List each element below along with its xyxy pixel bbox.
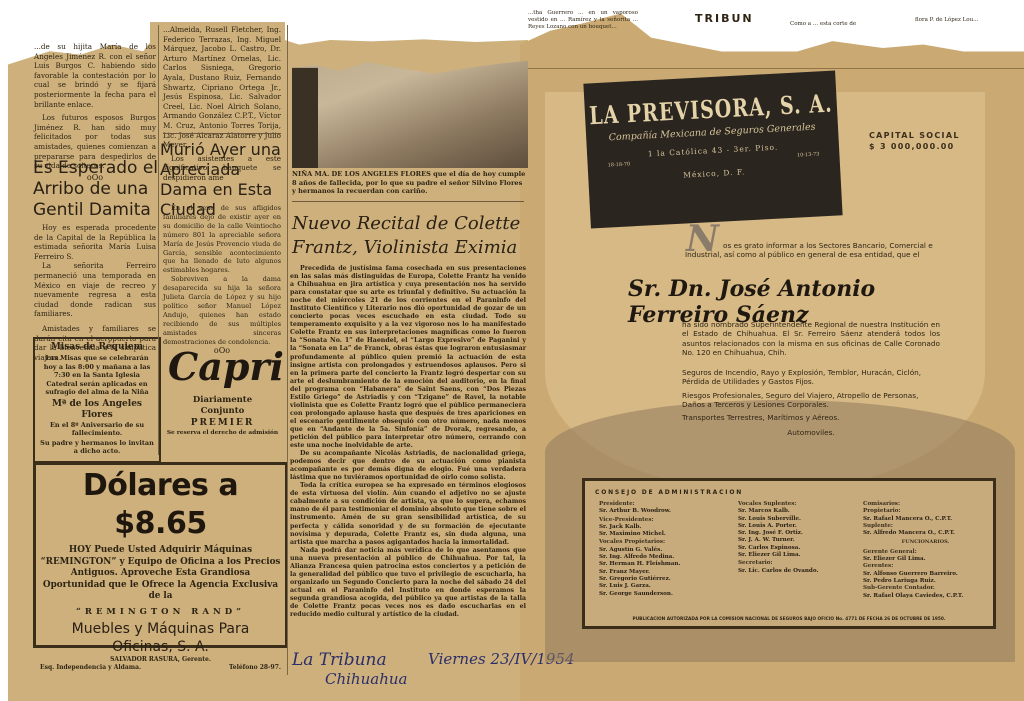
rule <box>163 133 281 134</box>
board-member: Sr. Rafael Olaya Caviedes, C.P.T. <box>863 593 988 600</box>
handwriting-paper: La Tribuna <box>292 650 387 670</box>
board-member: Sr. Ing. Alfredo Medina. <box>599 554 719 561</box>
misas-box: Misas de Réquiem Las Misas que se celebr… <box>33 337 161 463</box>
recital-para-2: De su acompañante Nicolás Astriadis, de … <box>290 450 526 482</box>
board-member: Sr. Agustín G. Valés. <box>599 547 719 554</box>
board-member: Sr. J. A. W. Turner. <box>738 537 858 544</box>
services-list: Seguros de Incendio, Rayo y Explosión, T… <box>682 368 940 438</box>
murio-para-2: Sobreviven a la dama desaparecida su hij… <box>163 275 281 346</box>
board-column-3: Comisarios:Propietario:Sr. Rafael Mancer… <box>863 501 988 600</box>
phone-right: 10-13-73 <box>797 151 820 158</box>
banquet-text: ...Almeida, Rusell Fletcher, Ing. Federi… <box>163 25 281 150</box>
board-member: Sr. Pedro Lariuga Ruiz. <box>863 578 988 585</box>
dolares-phone: Teléfono 28-97. <box>229 664 281 671</box>
wedding-text: ...de su hijita María de los Angeles Jim… <box>34 42 156 109</box>
misas-anniv: En el 8º Aniversario de su fallecimiento… <box>38 421 156 437</box>
misas-invite: Su padre y hermanos lo invitan a dicho a… <box>38 439 156 455</box>
top-fragment-mid: Como a ... esta corte de <box>790 20 856 30</box>
service-professional: Riesgos Profesionales, Seguro del Viajer… <box>682 391 940 410</box>
company-logo-panel: LA PREVISORA, S. A. Compañía Mexicana de… <box>583 71 842 229</box>
dolares-manager: SALVADOR RASURA, Gerente. <box>40 656 281 664</box>
column-divider <box>158 25 159 455</box>
capri-line-3: PREMIER <box>160 417 285 429</box>
photo-caption: NIÑA MA. DE LOS ANGELES FLORES que el dí… <box>292 170 528 196</box>
board-role: Comisarios: <box>863 501 988 508</box>
recital-para-4: Nada podrá dar noticia más verídica de l… <box>290 547 526 619</box>
board-member: Sr. Lic. Carlos de Ovando. <box>738 568 858 575</box>
masthead-fragment: TRIBUN <box>695 12 754 25</box>
service-fire: Seguros de Incendio, Rayo y Explosión, T… <box>682 368 940 387</box>
board-role: Vice-Presidentes: <box>599 517 719 524</box>
handwriting-city: Chihuahua <box>325 670 407 688</box>
board-member: Sr. Eliezer Gil Lima. <box>738 552 858 559</box>
recital-headline: Nuevo Recital de Colette Frantz, Violini… <box>292 212 524 260</box>
header-rule <box>522 68 1024 69</box>
recital-para-3: Toda la crítica europea se ha expresado … <box>290 482 526 546</box>
board-footer: PUBLICACION AUTORIZADA POR LA COMISION N… <box>593 617 985 622</box>
capital-label: CAPITAL SOCIAL <box>869 131 960 140</box>
recital-para-1: Precedida de justísima fama cosechada en… <box>290 265 526 450</box>
board-member: Sr. George Saunderson. <box>599 591 719 598</box>
board-member: Sr. Rafael Mancera O., C.P.T. <box>863 516 988 523</box>
esperado-para-1: Hoy es esperada procedente de la Capital… <box>34 223 156 261</box>
dolares-body: HOY Puede Usted Adquirir Máquinas “REMIN… <box>40 545 281 603</box>
capital-value: $ 3 000,000.00 <box>869 142 955 151</box>
board-role: Propietario: <box>863 508 988 515</box>
board-member: Sr. Gregorio Gutiérrez. <box>599 576 719 583</box>
recital-body: Precedida de justísima fama cosechada en… <box>290 265 526 619</box>
dolares-brand: “REMINGTON RAND” <box>40 607 281 617</box>
dolares-title: Dólares a $8.65 <box>40 467 281 543</box>
board-member: Sr. Louis Suberville. <box>738 516 858 523</box>
misas-name: Mª de los Angeles Flores <box>38 399 156 421</box>
dolares-company: Muebles y Máquinas Para Oficinas, S. A. <box>40 620 281 656</box>
board-member: Sr. Ing. José F. Ortiz. <box>738 530 858 537</box>
capri-ad: Capri Diariamente Conjunto PREMIER Se re… <box>160 345 285 455</box>
service-auto: Automoviles. <box>682 428 940 437</box>
capri-line-1: Diariamente <box>160 395 285 406</box>
dolares-address: Esq. Independencia y Aldama. <box>40 664 141 671</box>
board-member: Sr. Luis J. Garza. <box>599 583 719 590</box>
board-box: CONSEJO DE ADMINISTRACION Presidente:Sr.… <box>582 478 996 629</box>
board-member: Sr. Herman H. Fleishman. <box>599 561 719 568</box>
board-member: Sr. Jack Kalb. <box>599 524 719 531</box>
board-member: Sr. Eliezer Gil Lima. <box>863 556 988 563</box>
board-member: Sr. Carlos Espinosa. <box>738 545 858 552</box>
capri-line-2: Conjunto <box>160 406 285 417</box>
board-role: Secretario: <box>738 560 858 567</box>
esperado-para-2: La señorita Ferreiro permaneció una temp… <box>34 261 156 319</box>
board-member: Sr. Maximino Michel. <box>599 531 719 538</box>
board-title: CONSEJO DE ADMINISTRACION <box>595 489 743 496</box>
board-member: Sr. Arthur B. Woodrow. <box>599 508 719 515</box>
headline-esperado: Es Esperado el Arribo de una Gentil Dami… <box>33 158 161 221</box>
ad-body: ha sido nombrado Superintendente Regiona… <box>682 320 940 357</box>
board-role: Gerentes: <box>863 563 988 570</box>
service-transport: Transportes Terrestres, Marítimos y Aére… <box>682 413 940 422</box>
ad-intro: os es grato informar a los Sectores Banc… <box>685 241 945 260</box>
board-role: Suplente: <box>863 523 988 530</box>
board-role: Presidente: <box>599 501 719 508</box>
dolares-ad: Dólares a $8.65 HOY Puede Usted Adquirir… <box>33 462 288 648</box>
murio-body: En el seno de sus afligidos familiares d… <box>163 204 281 355</box>
misas-title: Misas de Réquiem <box>38 342 156 352</box>
board-member: Sr. Franz Mayer. <box>599 569 719 576</box>
board-column-2: Vocales Suplentes:Sr. Marcos Kalb.Sr. Lo… <box>738 501 858 575</box>
board-member: Sr. Alfredo Mancera O., C.P.T. <box>863 530 988 537</box>
top-fragment-right: flora P. de López Lou... <box>915 16 978 26</box>
board-member: Sr. Marcos Kalb. <box>738 508 858 515</box>
board-role: Gerente General: <box>863 549 988 556</box>
board-role: Vocales Propietarios: <box>599 539 719 546</box>
murio-para-1: En el seno de sus afligidos familiares d… <box>163 204 281 275</box>
board-member: Sr. Alfonso Guerrero Barreiro. <box>863 571 988 578</box>
capri-logo: Capri <box>160 345 285 389</box>
rule <box>292 201 524 202</box>
board-role: FUNCIONARIOS. <box>863 539 988 546</box>
misas-text: Las Misas que se celebrarán hoy a las 8:… <box>38 354 156 397</box>
board-role: Sub-Gerente Contador. <box>863 585 988 592</box>
dolares-footer: Esq. Independencia y Aldama. Teléfono 28… <box>40 664 281 671</box>
board-role: Vocales Suplentes: <box>738 501 858 508</box>
top-fragment-left: ...tha Guerrero ... en un vaporoso vesti… <box>528 10 638 31</box>
board-column-1: Presidente:Sr. Arthur B. Woodrow.Vice-Pr… <box>599 501 719 598</box>
capri-line-4: Se reserva el derecho de admisión <box>160 429 285 437</box>
phone-left: 18-18-70 <box>608 161 631 168</box>
column-divider <box>287 25 288 675</box>
